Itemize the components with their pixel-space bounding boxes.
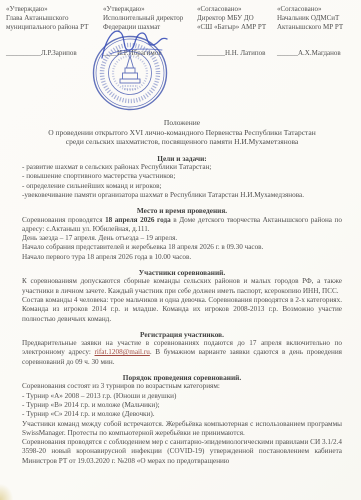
signature-line-ibragimov: ____И.Р.Ибрагимов (103, 49, 197, 58)
signature-line-zaripov: __________Л.Р.Зарипов (6, 49, 103, 58)
participants-paragraph-1: К соревнованиям допускаются сборные кома… (22, 277, 342, 296)
goal-item: - повышение спортивного мастерства участ… (22, 172, 342, 181)
signature-line-magdanov: ______А.Х.Магданов (277, 49, 357, 58)
approval-role-line: Федерации шахмат (103, 23, 197, 32)
scan-artifact (0, 474, 16, 500)
goal-item: - развитие шахмат в сельских районах Рес… (22, 163, 342, 172)
approval-status: «Согласовано» (277, 5, 357, 14)
signature-line-latipov: ________Н.Н. Латипов (197, 49, 277, 58)
venue-round1-line: Начало первого тура 18 апреля 2026 года … (22, 253, 342, 262)
document-body: Положение О проведении открытого XVI лич… (0, 118, 361, 466)
tournament-item-b: - Турнир «В» 2014 г.р. и моложе (Мальчик… (22, 401, 342, 410)
approval-role-line: муниципального района РТ (6, 23, 103, 32)
approval-status: «Утверждаю» (6, 5, 103, 14)
goal-item: - определение сильнейших команд и игроко… (22, 182, 342, 191)
venue-meeting-line: Начало собрания представителей и жеребье… (22, 243, 342, 252)
approval-column-chess-federation: «Утверждаю» Исполнительный директор Феде… (103, 5, 197, 58)
approval-column-head-of-district: «Утверждаю» Глава Актанышского муниципал… (6, 5, 103, 58)
venue-date-bold: 18 апреля 2026 года (105, 216, 171, 224)
approval-role-line: Директор МБУ ДО (197, 14, 277, 23)
section-heading-registration: Регистрация участников. (22, 330, 342, 339)
approval-status: «Утверждаю» (103, 5, 197, 14)
goal-item: -увековечивание памяти организатора шахм… (22, 191, 342, 200)
approval-column-sport-school: «Согласовано» Директор МБУ ДО «СШ «Батыр… (197, 5, 277, 58)
approval-role-line: Начальник ОДМСиТ (277, 14, 357, 23)
venue-arrival-line: День заезда – 17 апреля. День отъезда – … (22, 234, 342, 243)
section-heading-goals: Цели и задачи: (22, 154, 342, 163)
title-word: Положение (22, 118, 342, 128)
participants-paragraph-2: Состав команды 4 человека: трое мальчико… (22, 296, 342, 324)
registration-paragraph: Предварительные заявки на участие в соре… (22, 339, 342, 367)
tournament-item-c: - Турнир «С» 2014 г.р. и моложе (Девочки… (22, 410, 342, 419)
approval-role-line: «СШ «Батыр» АМР РТ (197, 23, 277, 32)
document-page: «Утверждаю» Глава Актанышского муниципал… (0, 0, 361, 500)
procedure-paragraph-2: Соревнования проводятся с соблюдением ме… (22, 438, 342, 466)
document-title: Положение О проведении открытого XVI лич… (22, 118, 342, 147)
section-heading-venue: Место и время проведения. (22, 206, 342, 215)
procedure-paragraph-1: Участники команд между собой встречаются… (22, 420, 342, 439)
title-line: среди сельских шахматистов, посвященного… (22, 137, 342, 147)
approval-column-youth-sport-dept: «Согласовано» Начальник ОДМСиТ Актанышск… (277, 5, 357, 58)
venue-paragraph: Соревнования проводятся 18 апреля 2026 г… (22, 216, 342, 235)
procedure-intro: Соревнования состоят из 3 турниров по во… (22, 382, 342, 391)
venue-intro-pre: Соревнования проводятся (22, 216, 105, 224)
section-heading-participants: Участники соревнований. (22, 268, 342, 277)
approval-role-line: Глава Актанышского (6, 14, 103, 23)
section-heading-procedure: Порядок проведения соревнований. (22, 373, 342, 382)
title-line: О проведении открытого XVI лично-командн… (22, 128, 342, 138)
approvals-header: «Утверждаю» Глава Актанышского муниципал… (0, 0, 361, 58)
approval-status: «Согласовано» (197, 5, 277, 14)
email-link[interactable]: rifat.1208@mail.ru (95, 348, 150, 356)
tournament-item-a: - Турнир «А» 2008 – 2013 г.р. (Юноши и д… (22, 392, 342, 401)
approval-role-line: Исполнительный директор (103, 14, 197, 23)
approval-role-line: Актанышского МР РТ (277, 23, 357, 32)
